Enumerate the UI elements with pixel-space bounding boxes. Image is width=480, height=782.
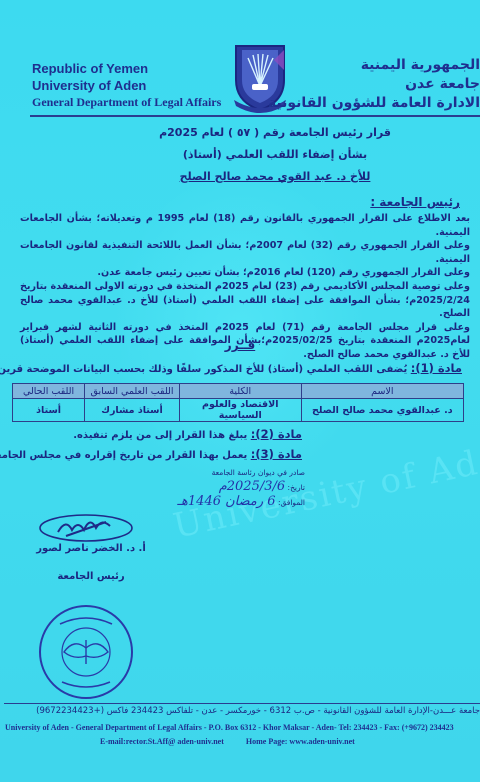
official-stamp-icon xyxy=(36,602,136,702)
header-en-university: University of Aden xyxy=(32,77,221,94)
decree-number: قرار رئيس الجامعة رقم ( ٥٧ ) لعام 2025م xyxy=(120,122,430,144)
article-text: يعمل بهذا القرار من تاريخ إقراره في مجلس… xyxy=(0,450,251,461)
table-cell-name: د. عبدالقوي محمد صالح الصلح xyxy=(301,399,463,422)
header-ar-country: الجمهورية اليمنية xyxy=(280,56,480,75)
decision-heading: قــرر xyxy=(0,338,480,352)
issuance-block: صادر في ديوان رئاسة الجامعة تاريخ: 2025/… xyxy=(175,466,305,510)
footer-arabic-address: جامعة عـــدن-الإدارة العامة للشؤون القان… xyxy=(0,704,480,718)
salutation: رئيس الجامعة : xyxy=(20,192,470,212)
preamble-paragraph: بعد الاطلاع على القرار الجمهوري بالقانون… xyxy=(20,212,470,239)
article-label: مادة (1): xyxy=(411,361,462,375)
issued-place: صادر في ديوان رئاسة الجامعة xyxy=(175,466,305,480)
article-text: يُضفى اللقب العلمي (أستاذ) للأخ المذكور … xyxy=(0,364,411,375)
table-header: اللقب الحالي xyxy=(13,384,85,399)
footer-contact: E-mail:rector.St.Aff@ aden-univ.net Home… xyxy=(0,737,480,746)
article-text: يبلغ هذا القرار إلى من يلزم تنفيذه. xyxy=(73,430,251,441)
table-header: اللقب العلمي السابق xyxy=(85,384,180,399)
article-label: مادة (3): xyxy=(251,447,302,461)
header-en-department: General Department of Legal Affairs xyxy=(32,94,221,111)
decree-title: قرار رئيس الجامعة رقم ( ٥٧ ) لعام 2025م … xyxy=(120,122,430,188)
header-ar-department: الادارة العامة للشؤون القانونية xyxy=(280,94,480,113)
article-2: مادة (2): يبلغ هذا القرار إلى من يلزم تن… xyxy=(73,427,302,441)
signatory-block: أ. د. الخضر ناصر لصور رئيس الجامعة xyxy=(36,535,146,591)
preamble-paragraph: وعلى القرار الجمهوري رقم (32) لعام 2007م… xyxy=(20,239,470,266)
table-header-row: الاسم الكلية اللقب العلمي السابق اللقب ا… xyxy=(13,384,464,399)
table-header: الكلية xyxy=(179,384,301,399)
footer-english-address: University of Aden - General Department … xyxy=(0,723,480,732)
handwritten-date: 2025/3/6م xyxy=(219,479,285,494)
decree-subject: بشأن إضفاء اللقب العلمي (أستاذ) xyxy=(120,144,430,166)
issued-hijri-date: الموافق: 6 رمضان 1446هـ xyxy=(175,495,305,510)
preamble-paragraph: وعلى توصية المجلس الأكاديمي رقم (23) لعا… xyxy=(20,280,470,321)
header-divider xyxy=(30,115,480,117)
signatory-name: أ. د. الخضر ناصر لصور xyxy=(36,535,146,563)
decree-preamble: رئيس الجامعة : بعد الاطلاع على القرار ال… xyxy=(20,192,470,362)
preamble-paragraph: وعلى القرار الجمهوري رقم (120) لعام 2016… xyxy=(20,266,470,280)
handwritten-hijri-date: 6 رمضان 1446هـ xyxy=(177,494,275,509)
footer-homepage: Home Page: www.aden-univ.net xyxy=(246,737,355,746)
footer-email: E-mail:rector.St.Aff@ aden-univ.net xyxy=(100,737,224,746)
table-cell-previous-title: أستاذ مشارك xyxy=(85,399,180,422)
document-page: University of Aden Republic of Yemen Uni… xyxy=(0,0,480,782)
signatory-title: رئيس الجامعة xyxy=(36,563,146,591)
decree-recipient: للأخ د. عبد القوي محمد صالح الصلح xyxy=(120,166,430,188)
header-arabic: الجمهورية اليمنية جامعة عدن الادارة العا… xyxy=(280,56,480,113)
table-row: د. عبدالقوي محمد صالح الصلح الاقتصاد وال… xyxy=(13,399,464,422)
issued-date: تاريخ: 2025/3/6م xyxy=(175,480,305,495)
table-cell-college: الاقتصاد والعلوم السياسية xyxy=(179,399,301,422)
letterhead-footer: جامعة عـــدن-الإدارة العامة للشؤون القان… xyxy=(0,703,480,746)
header-en-country: Republic of Yemen xyxy=(32,60,221,77)
table-cell-current-title: أستاذ xyxy=(13,399,85,422)
recipient-table: الاسم الكلية اللقب العلمي السابق اللقب ا… xyxy=(12,383,464,422)
table-header: الاسم xyxy=(301,384,463,399)
header-ar-university: جامعة عدن xyxy=(280,75,480,94)
article-3: مادة (3): يعمل بهذا القرار من تاريخ إقرا… xyxy=(0,447,302,461)
article-1: مادة (1): يُضفى اللقب العلمي (أستاذ) للأ… xyxy=(0,361,462,375)
header-english: Republic of Yemen University of Aden Gen… xyxy=(32,60,221,111)
article-label: مادة (2): xyxy=(251,427,302,441)
